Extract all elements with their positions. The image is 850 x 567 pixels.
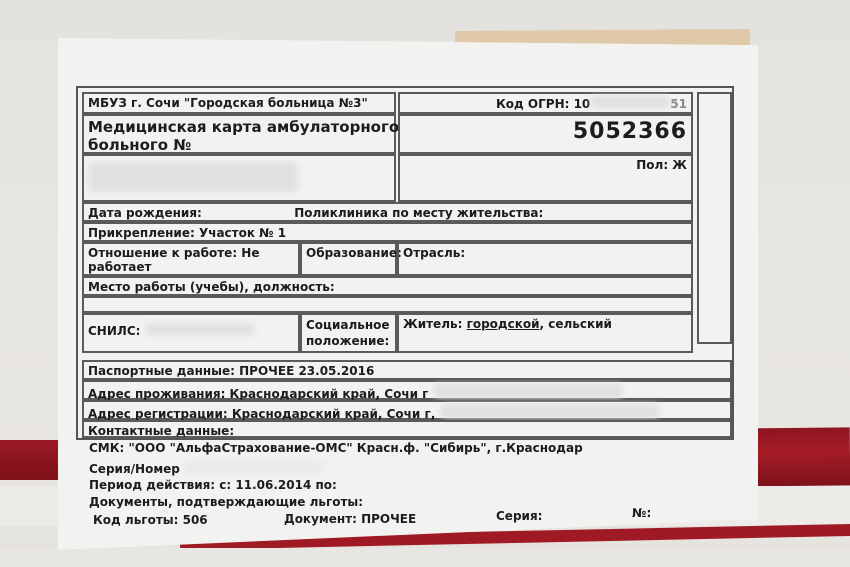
floor bbox=[0, 548, 850, 567]
institution-name: МБУЗ г. Сочи "Городская больница №3" bbox=[82, 92, 396, 114]
ogrn-code: Код ОГРН: 1051 bbox=[398, 92, 693, 114]
policy-redacted bbox=[184, 461, 324, 473]
resident-field: Житель: городской, сельский bbox=[397, 313, 693, 353]
contacts-row: Контактные данные: bbox=[82, 420, 732, 438]
workplace-row: Место работы (учебы), должность: bbox=[82, 276, 693, 296]
policy-series-number: Серия/Номер bbox=[89, 461, 324, 476]
card-title: Медицинская карта амбулаторного больного… bbox=[82, 114, 396, 154]
workplace-value-row bbox=[82, 296, 693, 313]
card-title-line1: Медицинская карта амбулаторного bbox=[88, 118, 390, 136]
residence-redacted bbox=[433, 384, 623, 398]
passport-row: Паспортные данные: ПРОЧЕЕ 23.05.2016 bbox=[82, 360, 732, 380]
snils-field: СНИЛС: bbox=[82, 313, 300, 353]
attachment-row: Прикрепление: Участок № 1 bbox=[82, 222, 693, 242]
clinic-label: Поликлиника по месту жительства: bbox=[294, 206, 543, 220]
sex-field: Пол: Ж bbox=[398, 154, 693, 202]
ogrn-label: Код ОГРН: 10 bbox=[496, 97, 590, 111]
birth-date-label: Дата рождения: bbox=[88, 206, 202, 220]
snils-redacted bbox=[145, 323, 255, 335]
validity-period: Период действия: с: 11.06.2014 по: bbox=[89, 478, 337, 492]
benefit-docs-label: Документы, подтверждающие льготы: bbox=[89, 495, 363, 509]
card-number: 5052366 bbox=[398, 114, 693, 154]
ogrn-tail: 51 bbox=[670, 97, 687, 111]
education-field: Образование: bbox=[300, 242, 397, 276]
registration-address-row: Адрес регистрации: Краснодарский край, С… bbox=[82, 400, 732, 420]
side-column bbox=[697, 92, 732, 344]
patient-name-field bbox=[82, 154, 396, 202]
birth-date-row: Дата рождения: Поликлиника по месту жите… bbox=[82, 202, 693, 222]
social-status-field: Социальное положение: bbox=[300, 313, 397, 353]
card-title-line2: больного № bbox=[88, 136, 390, 154]
ogrn-redacted bbox=[590, 96, 670, 108]
registration-redacted bbox=[440, 404, 660, 418]
patient-name-redacted bbox=[88, 162, 298, 192]
benefit-document: Документ: ПРОЧЕЕ bbox=[284, 512, 416, 526]
resident-selected: городской bbox=[467, 317, 540, 331]
benefit-number: №: bbox=[632, 506, 651, 520]
industry-field: Отрасль: bbox=[397, 242, 693, 276]
residence-address-row: Адрес проживания: Краснодарский край, Со… bbox=[82, 380, 732, 400]
insurer-line: СМК: "ООО "АльфаСтрахование-ОМС" Красн.ф… bbox=[89, 441, 583, 455]
work-relation-field: Отношение к работе: Не работает bbox=[82, 242, 300, 276]
benefit-code: Код льготы: 506 bbox=[93, 513, 208, 527]
benefit-series: Серия: bbox=[496, 509, 542, 523]
